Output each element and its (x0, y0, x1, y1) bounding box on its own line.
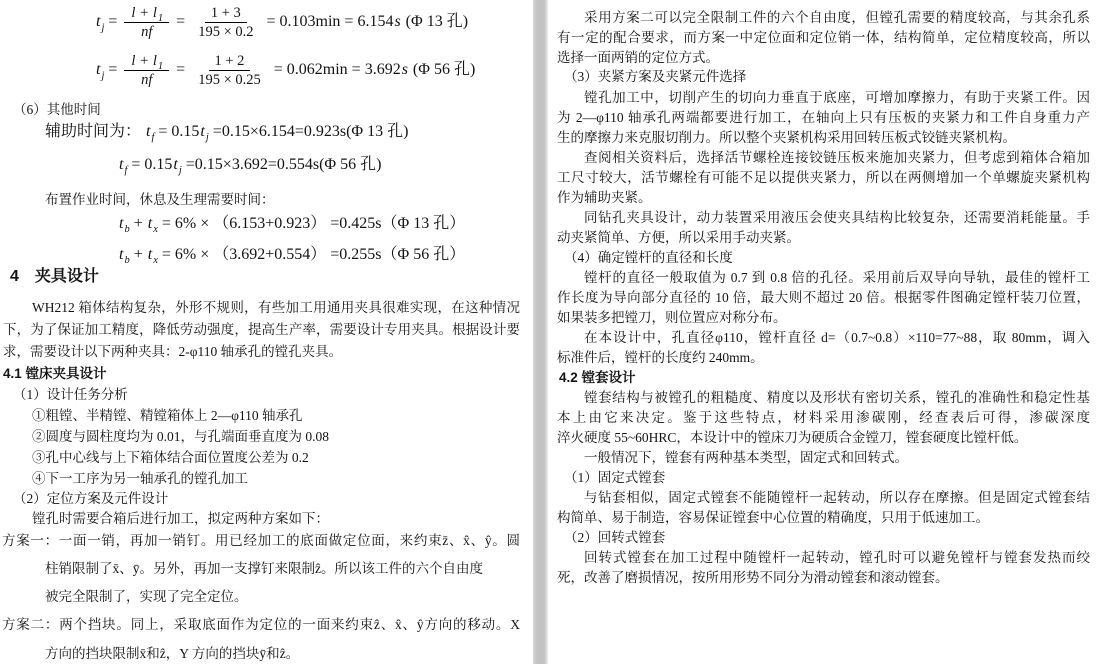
document-two-page-view: { "divider": { "color": "#c2c2c2" }, "le… (0, 0, 1098, 664)
text-line: 作长度为导向部分直径的 10 倍，最大则不超过 20 倍。根据零件图确定镗杆装刀… (557, 288, 1090, 308)
page-right: 采用方案二可以完全限制工件的六个自由度，但镗孔需要的精度较高，与其余孔系有一定的… (548, 0, 1098, 664)
text-line: 布置作业时间，休息及生理需要时间： (45, 190, 275, 209)
text-line: 查阅相关资料后，选择活节螺栓连接铰链压板来施加夹紧力，但考虑到箱体合箱加 (584, 148, 1090, 168)
text-line: 本上由它来决定。鉴于这些特点，材料采用渗碳刚，经查表后可得，渗碳深度 0.8~1… (557, 408, 1090, 428)
text-line: 如果装多把镗刀，则位置应对称分布。 (557, 308, 787, 327)
text-line: 标准件后，镗杆的长度约 240mm。 (557, 348, 764, 367)
formula-machine-time-13: tj = l + l1nf = 1 + 3195 × 0.2 = 0.103mi… (95, 4, 468, 41)
text-line: 镗杆的直径一般取值为 0.7 到 0.8 倍的孔径。采用前后双导向导轨，最佳的镗… (584, 268, 1090, 288)
list-item-2-positioning: （2）定位方案及元件设计 (13, 489, 168, 508)
math-variable: s (401, 61, 409, 78)
text-line-plan-1: 方案一：一面一销，再加一销钉。用已经加工的底面做定位面，来约束z̄、x̂、ŷ。圆 (2, 531, 520, 551)
section-heading-4-1: 4.1 镗床夹具设计 (3, 364, 107, 383)
math-text: + (136, 53, 151, 69)
list-item-circle-2: ②圆度与圆柱度均为 0.01，与孔端面垂直度为 0.08 (32, 427, 329, 446)
math-text: = (172, 61, 189, 78)
text-line: 下，为了保证加工精度，降低劳动强度，提高生产率，需要设计专用夹具。根据设计要 (3, 320, 520, 340)
list-item-circle-3: ③孔中心线与上下箱体结合面位置度公差为 0.2 (32, 448, 309, 467)
text-line: 作为辅助夹紧。 (557, 188, 652, 207)
text-line: 镗套结构与被镗孔的粗糙度、精度以及形状有密切关系，镗孔的准确性和稳定性基 (584, 388, 1090, 408)
text-line: 构简单、易于制造，容易保证镗套中心位置的精确度，只用于低速加工。 (557, 508, 989, 527)
list-item-circle-1: ①粗镗、半精镗、精镗箱体上 2—φ110 轴承孔 (32, 406, 303, 425)
math-text: (Φ 56 孔) (409, 61, 475, 78)
text-line: 求，需要设计以下两种夹具：2-φ110 轴承孔的镗孔夹具。 (3, 342, 342, 361)
list-item-2-rotary-sleeve: （2）回转式镗套 (564, 528, 665, 547)
page-left: tj = l + l1nf = 1 + 3195 × 0.2 = 0.103mi… (0, 0, 533, 664)
math-text: 195 × 0.25 (198, 72, 261, 88)
text-line: 柱销限制了x̄、ȳ。另外，再加一支撑钉来限制ẑ。所以该工件的六个自由度 (45, 559, 483, 578)
math-text: 辅助时间为： (45, 123, 145, 140)
math-text: + (130, 215, 147, 232)
formula-rest-time-56: tb + tx = 6% × （3.692+0.554） =0.255s（Φ 5… (118, 245, 465, 264)
list-item-3-clamping: （3）夹紧方案及夹紧元件选择 (564, 67, 746, 86)
list-item-4-boring-bar: （4）确定镗杆的直径和长度 (564, 248, 733, 267)
text-line: 工尺寸较大，活节螺栓有可能不足以提供夹紧力，所以在两侧增加一个单螺旋夹紧机构 (557, 168, 1090, 188)
math-text: 1 + 2 (215, 53, 245, 69)
text-line: 方向的挡块限制x̄和ẑ，Y 方向的挡块ȳ和ẑ。 (45, 644, 299, 663)
section-heading-4-2: 4.2 镗套设计 (559, 368, 636, 387)
text-line: 被完全限制了，实现了完全定位。 (45, 587, 248, 606)
text-line: 与钻套相似，固定式镗套不能随镗杆一起转动，所以存在摩擦。但是固定式镗套结 (584, 488, 1090, 508)
text-line: 淬火硬度 55~60HRC，本设计中的镗床刀为硬质合金镗刀，镗套硬度比镗杆低。 (557, 428, 1027, 447)
math-text: + (136, 5, 151, 21)
math-text: (Φ 13 孔) (402, 13, 468, 30)
text-line: 回转式镗套在加工过程中随镗杆一起转动，镗孔时可以避免镗杆与镗套发热而绞 (584, 548, 1090, 568)
list-item-1-task-analysis: （1）设计任务分析 (13, 385, 128, 404)
list-item-6-other-time: （6）其他时间 (13, 100, 101, 119)
text-line: 同钻孔夹具设计，动力装置采用液压会使夹具结构比较复杂，还需要消耗能量。手 (584, 208, 1090, 228)
fraction: 1 + 3195 × 0.2 (192, 4, 259, 41)
math-text: = 0.15 (154, 123, 199, 140)
formula-aux-time-13: 辅助时间为： tf = 0.15tj =0.15×6.154=0.923s(Φ … (45, 122, 408, 141)
math-text: = (104, 13, 121, 30)
math-text: 195 × 0.2 (198, 24, 253, 40)
math-variable: nf (140, 72, 153, 88)
text-line: WH212 箱体结构复杂，外形不规则，有些加工用通用夹具很难实现，在这种情况 (32, 298, 520, 318)
math-text: = 0.15 (127, 156, 172, 173)
math-text: = (172, 13, 189, 30)
text-line-plan-2: 方案二：两个挡块。同上，采取底面作为定位的一面来约束ẑ、x̂、ŷ方向的移动。X (2, 615, 520, 635)
math-text: = 6% × （3.692+0.554） =0.255s（Φ 56 孔） (158, 246, 465, 263)
page-divider (533, 0, 548, 664)
math-text: + (130, 246, 147, 263)
fraction: l + l1nf (124, 4, 169, 41)
math-text: = (104, 61, 121, 78)
math-variable: s (393, 13, 401, 30)
math-text: 1 + 3 (211, 5, 241, 21)
text-line: 在本设计中，孔直径φ110，镗杆直径 d=（0.7~0.8）×110=77~88… (584, 328, 1090, 348)
text-line: 动夹紧简单、方便，所以采用手动夹紧。 (557, 228, 800, 247)
list-item-circle-4: ④下一工序为另一轴承孔的镗孔加工 (32, 469, 248, 488)
text-line: 镗孔时需要合箱后进行加工，拟定两种方案如下： (32, 509, 329, 528)
text-line: 生的摩擦力来克服切削力。所以整个夹紧机构采用回转压板式铰链夹紧机构。 (557, 128, 1016, 147)
formula-machine-time-56: tj = l + l1nf = 1 + 2195 × 0.25 = 0.062m… (95, 52, 475, 89)
math-text: =0.15×6.154=0.923s(Φ 13 孔) (209, 123, 409, 140)
text-line: 为 2—φ110 轴承孔两端都要进行加工，在轴向上只有压板的夹紧力和工件自身重力… (557, 108, 1090, 128)
fraction: 1 + 2195 × 0.25 (192, 52, 267, 89)
text-line: 死，改善了磨损情况，按所用形势不同分为滑动镗套和滚动镗套。 (557, 568, 949, 587)
text-line: 一般情况下，镗套有两种基本类型，固定式和回转式。 (584, 448, 908, 467)
text-line: 有一定的配合要求，而方案一中定位面和定位销一体，结构简单，定位精度较高，所以 (557, 28, 1090, 48)
math-text: = 0.062min = 3.692 (270, 61, 401, 78)
formula-rest-time-13: tb + tx = 6% × （6.153+0.923） =0.425s（Φ 1… (118, 214, 465, 233)
list-item-1-fixed-sleeve: （1）固定式镗套 (564, 468, 665, 487)
math-text: = 0.103min = 6.154 (263, 13, 394, 30)
formula-aux-time-56: tf = 0.15tj =0.15×3.692=0.554s(Φ 56 孔) (118, 155, 381, 174)
text-line: 采用方案二可以完全限制工件的六个自由度，但镗孔需要的精度较高，与其余孔系 (584, 8, 1090, 28)
math-text: = 6% × （6.153+0.923） =0.425s（Φ 13 孔） (158, 215, 465, 232)
section-heading-4: 4 夹具设计 (10, 267, 99, 286)
math-variable: nf (140, 24, 153, 40)
text-line: 选择一面两销的定位方式。 (557, 48, 719, 67)
fraction: l + l1nf (124, 52, 169, 89)
math-text: =0.15×3.692=0.554s(Φ 56 孔) (182, 156, 382, 173)
text-line: 镗孔加工中，切削产生的切向力垂直于底座，可增加摩擦力，有助于夹紧工件。因 (584, 88, 1090, 108)
